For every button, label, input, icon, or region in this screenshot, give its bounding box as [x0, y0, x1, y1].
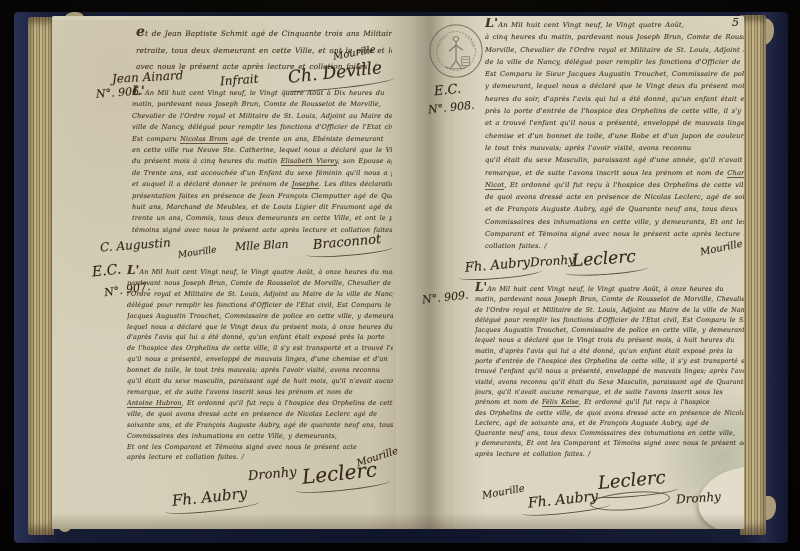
manuscript-line: et a trouvé l'enfant qu'il nous a présen…: [485, 117, 744, 129]
manuscript-line: de l'hospice des Orphelins de cette vill…: [127, 343, 393, 354]
manuscript-line: heures du soir, d'après l'avis qui lui a…: [485, 93, 744, 105]
manuscript-entry-909: L'An Mil huit cent Vingt neuf, le Vingt …: [475, 282, 744, 459]
manuscript-line: Morville, Chevalier de l'Ordre royal et …: [485, 44, 744, 56]
photo-background: 5 et de Jean Baptiste Schmit agé de Cinq…: [0, 0, 800, 551]
manuscript-line: matin, pardevant nous Joseph Brun, Comte…: [475, 295, 744, 305]
manuscript-line: Comparant et Témoins signé avec nous le …: [485, 228, 744, 240]
manuscript-line: Chevalier de l'Ordre royal et Militaire …: [132, 111, 392, 122]
manuscript-line: qu'il était du sexe masculin, paraissant…: [127, 376, 393, 387]
manuscript-line: matin, d'après l'avis qui lui a été donn…: [475, 347, 744, 357]
manuscript-line: jours, qu'il n'avait aucune remarque, et…: [475, 388, 744, 398]
manuscript-line: d'après l'avis qui lui a été donné, qu'u…: [127, 332, 393, 343]
manuscript-line: délégué pour remplir les fonctions d'Off…: [475, 316, 744, 326]
manuscript-line: soixante ans, et de François Auguste Aub…: [127, 420, 393, 431]
manuscript-line: Et ont les Comparant et Témoins signé av…: [127, 442, 393, 453]
manuscript-line: matin, pardevant nous Joseph Brun, Comte…: [132, 99, 392, 110]
manuscript-line: remarque, et de suite l'avons inscrit so…: [485, 167, 744, 179]
manuscript-line: Commissaires des inhumations en cette vi…: [485, 216, 744, 228]
manuscript-line: prénom et nom de Félix Kelse, Et ordonné…: [475, 398, 744, 408]
manuscript-line: en cette ville rue Neuve Ste. Catherine,…: [132, 145, 392, 156]
manuscript-line: et auquel il a déclaré donner le prénom …: [132, 179, 392, 190]
manuscript-line: l'Ordre royal et Militaire de St. Louis,…: [127, 289, 393, 300]
manuscript-line: Antoine Hubron, Et ordonné qu'il fut reç…: [127, 398, 393, 409]
manuscript-line: le tout très mauvais; après l'avoir visi…: [485, 142, 744, 154]
manuscript-line: lequel nous a déclaré que le Vingt deux …: [127, 322, 393, 333]
manuscript-line: de l'Ordre royal et Militaire de St. Lou…: [475, 306, 744, 316]
manuscript-line: qu'il nous a présenté, enveloppé de mauv…: [127, 354, 393, 365]
manuscript-line: et de François Auguste Aubry, agé de Qua…: [485, 203, 744, 215]
manuscript-line: des Orphelins de cette ville, de quoi av…: [475, 409, 744, 419]
manuscript-line: Est Comparu le Sieur Jacques Augustin Tr…: [485, 68, 744, 80]
manuscript-line: Jacques Augustin Trouchet, Commissaire d…: [127, 311, 393, 322]
manuscript-line: et de Jean Baptiste Schmit agé de Cinqua…: [136, 24, 392, 43]
signature: Mlle Blan: [235, 238, 289, 254]
manuscript-line: présentation faites en présence de Jean …: [132, 191, 392, 202]
manuscript-entry-906: L'An Mil huit cent Vingt neuf, le Vingt …: [132, 85, 392, 236]
manuscript-line: Est comparu Nicolas Brom agé de trente u…: [132, 134, 392, 145]
manuscript-line: Nicot, Et ordonné qu'il fut reçu à l'hos…: [485, 179, 744, 191]
manuscript-line: L'An Mil huit cent Vingt neuf, le Vingt …: [475, 282, 744, 295]
manuscript-line: de quoi avons dressé acte en présence de…: [485, 191, 744, 203]
manuscript-line: après lecture et collation faites. /: [475, 450, 744, 459]
manuscript-line: visité, avons reconnu qu'il était du Sex…: [475, 378, 744, 388]
manuscript-line: de la ville de Nancy, délégué pour rempl…: [485, 56, 744, 68]
manuscript-line: du présent mois à cinq heures du matin E…: [132, 156, 392, 167]
manuscript-line: ville de Nancy, délégué pour remplir les…: [132, 122, 392, 133]
manuscript-line: Jacques Augustin Trouchet, Commissaire d…: [475, 326, 744, 336]
manuscript-line: pardevant nous Joseph Brun, Comte de Rou…: [127, 278, 393, 289]
manuscript-line: trente un ans, Commis, tous deux demeura…: [132, 213, 392, 224]
manuscript-line: Commissaires des inhumations en cette Vi…: [127, 431, 393, 442]
manuscript-line: lequel nous a déclaré que le Vingt trois…: [475, 336, 744, 346]
manuscript-line: porte d'entrée de l'hospice des Orphelin…: [475, 357, 744, 367]
signature: Leclerc: [571, 247, 636, 274]
manuscript-line: y demeurant, lequel nous a déclaré que l…: [485, 80, 744, 92]
page-edges-left: [28, 17, 54, 535]
manuscript-line: de Trente ans, est accouchée d'un Enfant…: [132, 168, 392, 179]
revenue-stamp-icon: [427, 22, 485, 80]
ec-label: E.C.: [91, 262, 122, 281]
manuscript-line: huit ans, Marchand de Meubles, et de Lou…: [132, 202, 392, 213]
manuscript-line: Leclerc, agé de soixante ans, et de Fran…: [475, 419, 744, 429]
manuscript-line: près la porte d'entrée de l'hospice des …: [485, 105, 744, 117]
manuscript-line: à cinq heures du matin, pardevant nous J…: [485, 31, 744, 43]
manuscript-line: qu'il était du sexe Masculin, paraissant…: [485, 154, 744, 166]
manuscript-line: Quarante neuf ans, tous deux Commissaire…: [475, 429, 744, 439]
manuscript-line: remarque, et de suite l'avons inscrit so…: [127, 387, 393, 398]
manuscript-line: trouvé l'enfant qu'il nous a présenté, e…: [475, 367, 744, 377]
manuscript-line: ville, de quoi avons dressé acte en prés…: [127, 409, 393, 420]
manuscript-entry-908: L'An Mil huit cent Vingt neuf, le Vingt …: [485, 18, 744, 254]
manuscript-line: bonnet de toile, le tout très mauvais; a…: [127, 365, 393, 376]
ec-label: E.C.: [433, 82, 462, 100]
manuscript-line: L'An Mil huit cent Vingt neuf, le Vingt …: [132, 85, 392, 99]
manuscript-line: chemise et d'un bonnet de toile, d'une R…: [485, 130, 744, 142]
manuscript-line: délégué pour remplir les fonctions d'Off…: [127, 300, 393, 311]
manuscript-line: L'An Mil huit cent Vingt neuf, le Vingt …: [485, 18, 744, 31]
manuscript-line: y demeurants, Et ont les Comparant et Té…: [475, 439, 744, 449]
manuscript-entry-907: L'An Mil huit cent Vingt neuf, le Vingt …: [127, 265, 393, 463]
manuscript-line: L'An Mil huit cent Vingt neuf, le Vingt …: [127, 265, 393, 278]
